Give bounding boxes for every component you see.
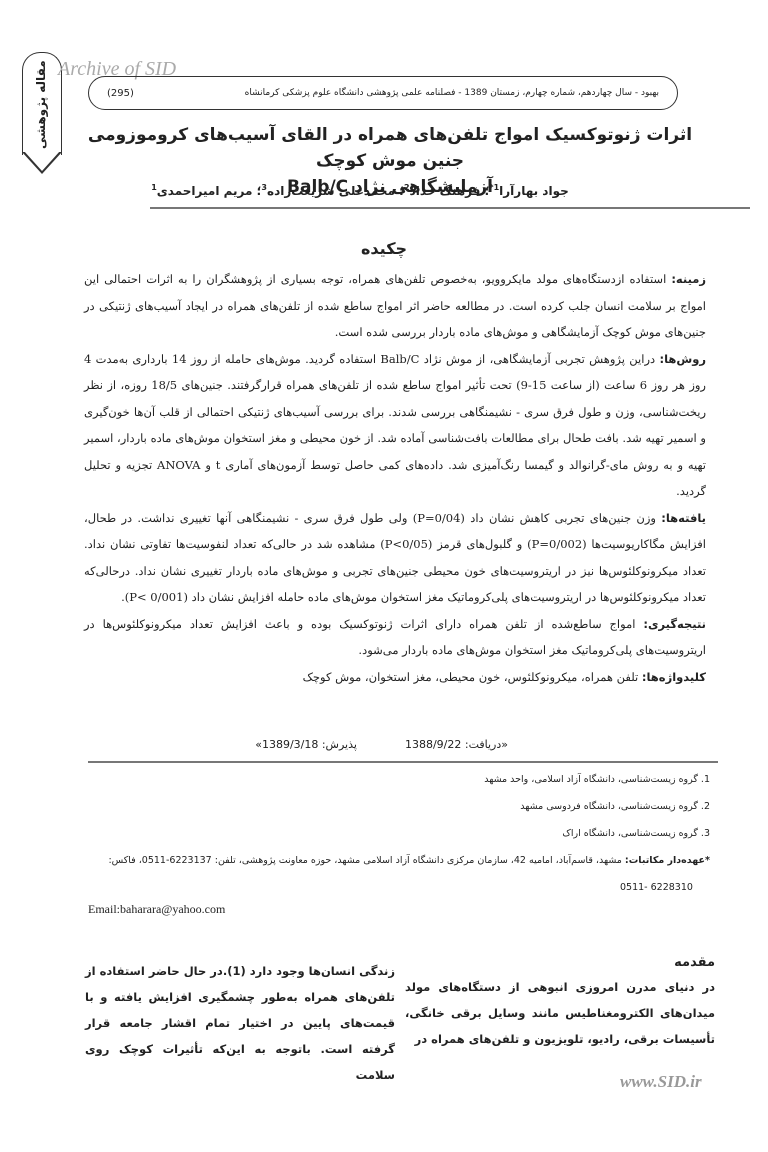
section-label: کلیدواژه‌ها:: [642, 670, 706, 684]
intro-left-column: زندگی انسان‌ها وجود دارد (1).در حال حاضر…: [85, 958, 395, 1088]
submission-dates: «دریافت: 1388/9/22 پذیرش: 1389/3/18»: [88, 738, 508, 751]
author-list: جواد بهارآرا1*؛ فرهنگ حداد2؛ محمدعلی شری…: [60, 183, 660, 198]
abstract-results: یافته‌ها: وزن جنین‌های تجربی کاهش نشان د…: [84, 505, 706, 611]
journal-banner: (295) بهبود - سال چهاردهم، شماره چهارم، …: [88, 76, 678, 110]
author: فرهنگ حداد: [410, 184, 481, 198]
author-email[interactable]: Email:baharara@yahoo.com: [88, 902, 225, 917]
correspondence-text: مشهد، قاسم‌آباد، امامیه 42، سازمان مرکزی…: [108, 855, 621, 866]
journal-info: بهبود - سال چهاردهم، شماره چهارم، زمستان…: [245, 88, 659, 98]
intro-text: در دنیای مدرن امروزی انبوهی از دستگاه‌ها…: [405, 974, 715, 1052]
author: محمدعلی شریعت‌زاده: [267, 184, 395, 198]
section-text: امواج ساطع‌شده از تلفن همراه دارای اثرات…: [84, 617, 706, 658]
title-line-1: اثرات ژنوتوکسیک امواج تلفن‌های همراه در …: [80, 122, 700, 174]
fax-number: 0511- 6228310: [80, 874, 710, 901]
author: مریم امیراحمدی: [157, 184, 253, 198]
abstract-methods: روش‌ها: دراین پژوهش تجربی آزمایشگاهی، از…: [84, 346, 706, 505]
intro-heading: مقدمه: [405, 952, 715, 974]
section-text: وزن جنین‌های تجربی کاهش نشان داد (P=0/04…: [84, 511, 706, 605]
correspondence: *عهده‌دار مکاتبات: مشهد، قاسم‌آباد، امام…: [80, 847, 710, 874]
author: جواد بهارآرا: [499, 184, 569, 198]
intro-right-column: مقدمه در دنیای مدرن امروزی انبوهی از دست…: [405, 952, 715, 1052]
section-text: دراین پژوهش تجربی آزمایشگاهی، از موش نژا…: [84, 352, 706, 499]
affiliation: 2. گروه زیست‌شناسی، دانشگاه فردوسی مشهد: [80, 793, 710, 820]
divider: [150, 207, 750, 209]
abstract-conclusion: نتیجه‌گیری: امواج ساطع‌شده از تلفن همراه…: [84, 611, 706, 664]
affiliations: 1. گروه زیست‌شناسی، دانشگاه آزاد اسلامی،…: [80, 766, 710, 901]
watermark-bottom: www.SID.ir: [620, 1072, 702, 1092]
affiliation: 1. گروه زیست‌شناسی، دانشگاه آزاد اسلامی،…: [80, 766, 710, 793]
intro-text: زندگی انسان‌ها وجود دارد (1).در حال حاضر…: [85, 958, 395, 1088]
correspondence-label: *عهده‌دار مکاتبات:: [625, 855, 710, 866]
accepted-date: پذیرش: 1389/3/18»: [255, 738, 357, 751]
section-label: یافته‌ها:: [661, 511, 706, 525]
divider: [88, 761, 718, 763]
article-type-label: مقاله پژوهشی: [24, 60, 58, 150]
section-text: استفاده ازدستگاه‌های مولد مایکروویو، به‌…: [84, 272, 706, 339]
author-affil-sup: 1*: [489, 183, 499, 192]
abstract-background: زمینه: استفاده ازدستگاه‌های مولد مایکروو…: [84, 266, 706, 346]
section-label: زمینه:: [671, 272, 706, 286]
abstract-heading: چکیده: [0, 239, 768, 258]
abstract-body: زمینه: استفاده ازدستگاه‌های مولد مایکروو…: [84, 266, 706, 690]
page-number: (295): [107, 88, 134, 99]
section-label: روش‌ها:: [659, 352, 706, 366]
section-label: نتیجه‌گیری:: [643, 617, 706, 631]
affiliation: 3. گروه زیست‌شناسی، دانشگاه اراک: [80, 820, 710, 847]
received-date: «دریافت: 1388/9/22: [405, 738, 508, 751]
abstract-keywords: کلیدواژه‌ها: تلفن همراه، میکرونوکلئوس، خ…: [84, 664, 706, 691]
article-type-tab-point: [22, 152, 62, 174]
section-text: تلفن همراه، میکرونوکلئوس، خون محیطی، مغز…: [303, 670, 639, 684]
